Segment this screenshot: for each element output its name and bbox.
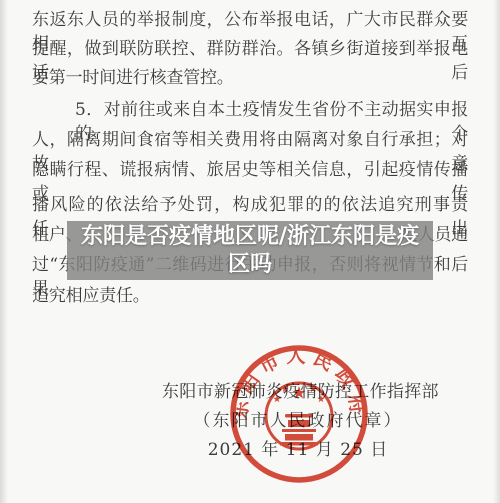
signature-block: 东阳市新冠肺炎疫情防控工作指挥部 （东阳市人民政府代章） 2021 年 11 月… <box>162 380 434 462</box>
overlay-caption-line-1: 东阳是否疫情地区呢/浙江东阳是疫 <box>81 223 419 251</box>
body-line-10: 追究相应责任。 <box>32 284 468 308</box>
body-line-6: 隐瞒行程、谎报病情、旅居史等相关信息，引起疫情传播或传 <box>32 158 468 182</box>
body-line-2: 提醒，做到联防联控、群防群治。各镇乡街道接到举报电话后 <box>32 37 468 61</box>
page-right-edge-shadow <box>493 0 500 503</box>
page-left-edge-shadow <box>0 0 8 503</box>
signature-date: 2021 年 11 月 25 日 <box>162 438 434 462</box>
overlay-caption-banner: 东阳是否疫情地区呢/浙江东阳是疫 区吗 <box>67 221 433 280</box>
body-line-3: 要第一时间进行核查管控。 <box>32 66 468 90</box>
overlay-caption-line-2: 区吗 <box>228 251 272 279</box>
scanned-notice-page: 东返东人员的举报制度，公布举报电话，广大市民群众要相互 提醒，做到联防联控、群防… <box>0 0 500 503</box>
body-line-5: 人，隔离期间食宿等相关费用将由隔离对象自行承担；对故意 <box>32 128 468 152</box>
body-line-4: 5．对前往或来自本土疫情发生省份不主动据实申报的个 <box>32 98 468 122</box>
body-line-7: 播风险的依法给予处罚，构成犯罪的的依法追究刑事责任。出 <box>32 193 468 217</box>
body-line-1: 东返东人员的举报制度，公布举报电话，广大市民群众要相互 <box>32 8 468 32</box>
signature-on-behalf: （东阳市人民政府代章） <box>162 409 434 433</box>
signature-organization: 东阳市新冠肺炎疫情防控工作指挥部 <box>162 380 434 404</box>
